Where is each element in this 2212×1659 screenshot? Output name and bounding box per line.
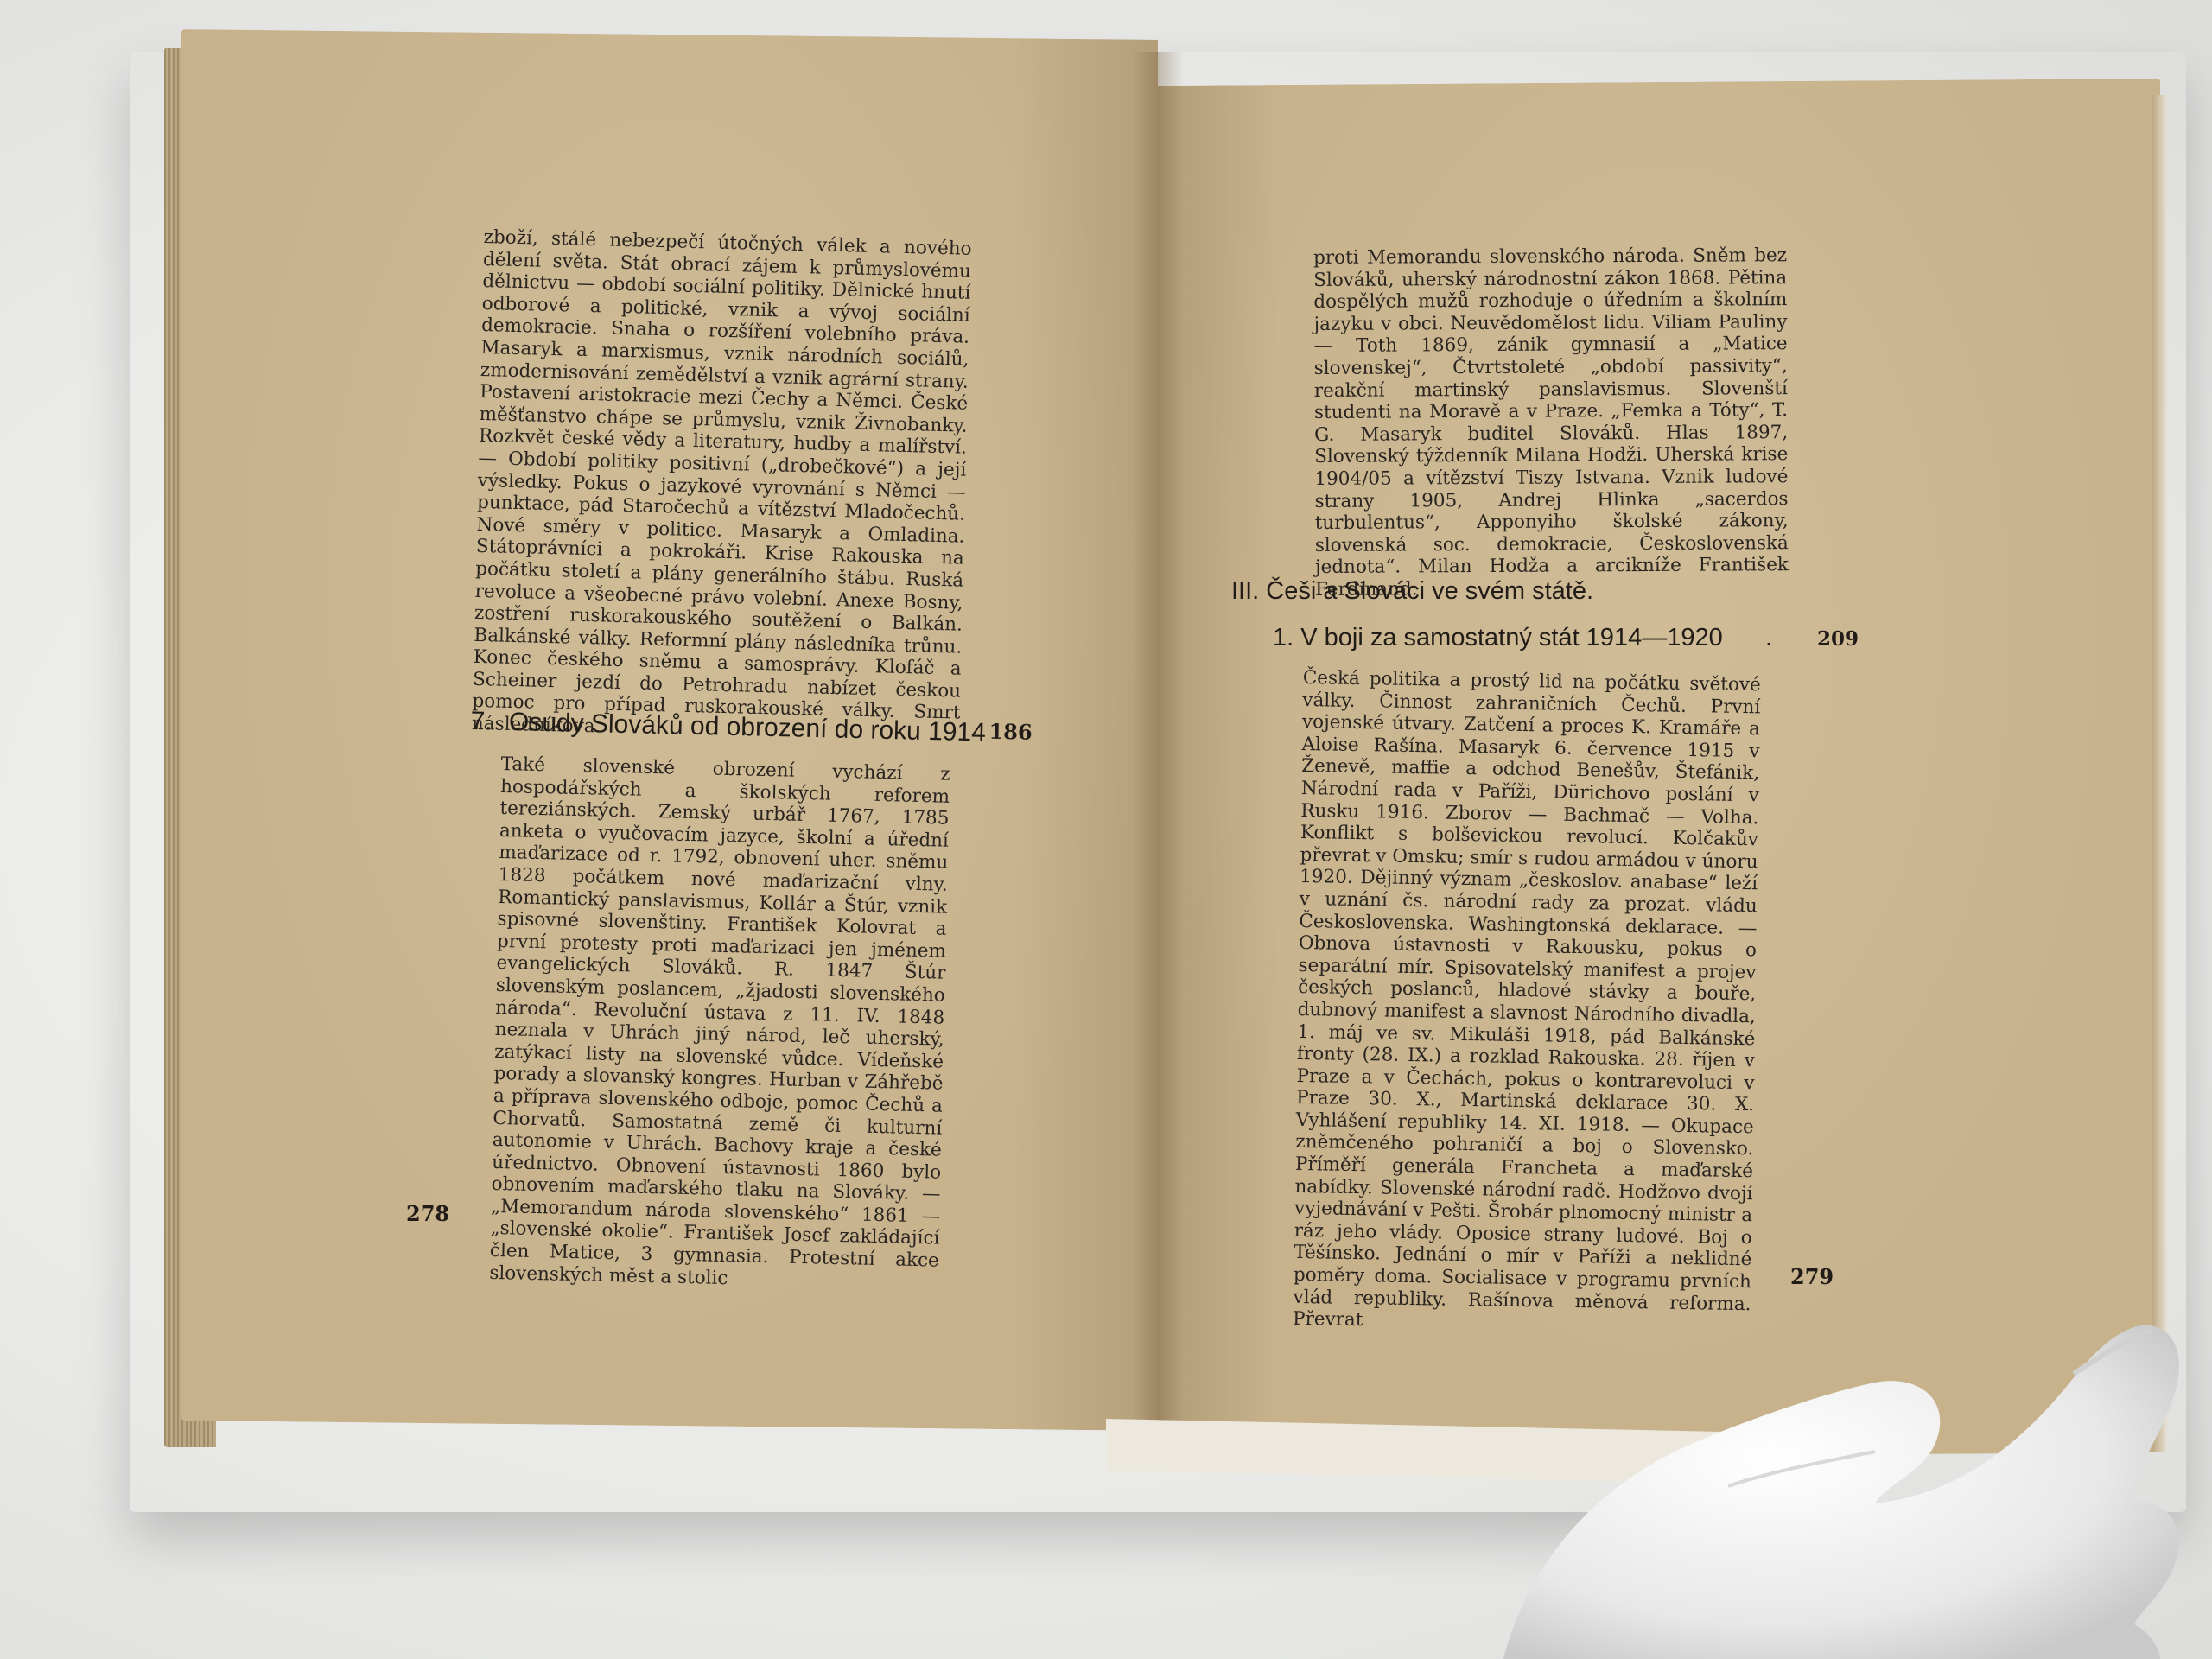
part-number: III.	[1231, 577, 1259, 605]
section-reference-page: 186	[988, 719, 1033, 745]
gloved-hand	[1469, 1279, 2212, 1659]
part-title: Češi a Slováci ve svém státě.	[1266, 577, 1593, 605]
right-page-continuation-text: proti Memorandu slovenského národa. Sněm…	[1313, 245, 1789, 601]
paragraph: proti Memorandu slovenského národa. Sněm…	[1313, 245, 1789, 601]
right-page-edge	[2152, 95, 2167, 1452]
section-title: V boji za samostatný stát 1914—1920	[1300, 624, 1722, 652]
book-gutter	[1132, 52, 1184, 1452]
section-7-text: Také slovenské obrození vychází z hospod…	[489, 753, 950, 1294]
left-page-continuation-text: zboží, stálé nebezpečí útočných válek a …	[472, 226, 972, 747]
section-reference-page: 209	[1817, 627, 1859, 651]
paragraph: Také slovenské obrození vychází z hospod…	[489, 753, 950, 1294]
paragraph: zboží, stálé nebezpečí útočných válek a …	[472, 226, 972, 747]
section-number: 1.	[1273, 624, 1294, 652]
part-heading-III: III. Češi a Slováci ve svém státě.	[1231, 577, 1593, 606]
section-1-text: Česká politika a prostý lid na počátku s…	[1293, 667, 1761, 1338]
section-heading-1: 1. V boji za samostatný stát 1914—1920 .…	[1273, 624, 1843, 652]
section-number: 7.	[470, 707, 502, 737]
paragraph: Česká politika a prostý lid na počátku s…	[1293, 667, 1761, 1338]
page-number-left: 278	[406, 1201, 449, 1226]
dot-leader: .	[1765, 624, 1772, 652]
